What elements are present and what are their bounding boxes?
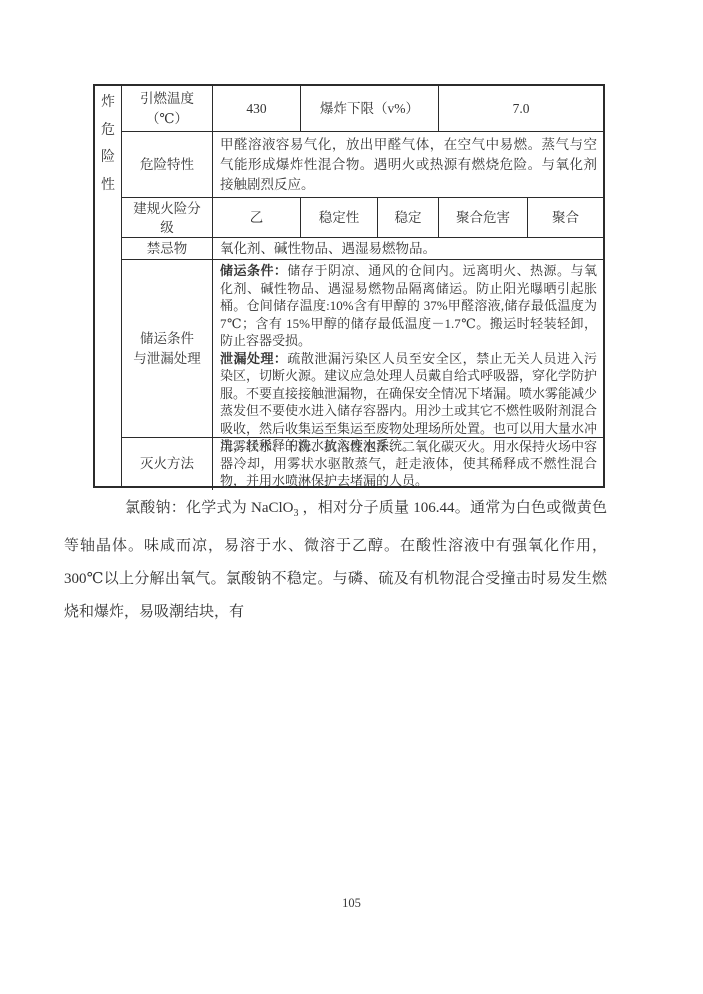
storage-conditions-heading: 储运条件： bbox=[220, 263, 287, 278]
paragraph-prefix: 氯酸钠：化学式为 NaClO bbox=[125, 500, 294, 516]
fire-fighting-label: 灭火方法 bbox=[122, 438, 213, 490]
stability-label: 稳定性 bbox=[301, 198, 378, 237]
table-row-ignition: 引燃温度 （℃） 430 爆炸下限（v%） 7.0 bbox=[122, 86, 603, 132]
building-fire-class-value: 乙 bbox=[213, 198, 301, 237]
hazard-characteristics-label: 危险特性 bbox=[122, 132, 213, 197]
storage-leak-text: 储运条件：储存于阴凉、通风的仓间内。远离明火、热源。与氧化剂、碱性物品、遇湿易燃… bbox=[213, 260, 603, 437]
document-page: 炸危险性 引燃温度 （℃） 430 爆炸下限（v%） 7.0 危险特性 甲醛溶液… bbox=[0, 0, 703, 994]
paragraph-suffix: ，相对分子质量 106.44。通常为白色或微黄色等轴晶体。味咸而凉，易溶于水、微… bbox=[64, 500, 607, 620]
storage-leak-label: 储运条件 与泄漏处理 bbox=[122, 260, 213, 437]
page-number: 105 bbox=[0, 896, 703, 911]
hazard-characteristics-text: 甲醛溶液容易气化，放出甲醛气体，在空气中易燃。蒸气与空气能形成爆炸性混合物。遇明… bbox=[213, 132, 603, 197]
stability-value: 稳定 bbox=[378, 198, 439, 237]
explosion-lower-limit-value: 7.0 bbox=[439, 86, 603, 131]
building-fire-class-label: 建规火险分级 bbox=[122, 198, 213, 237]
table-row-hazard-characteristics: 危险特性 甲醛溶液容易气化，放出甲醛气体，在空气中易燃。蒸气与空气能形成爆炸性混… bbox=[122, 132, 603, 198]
polymerization-hazard-value: 聚合 bbox=[528, 198, 603, 237]
fire-fighting-text: 用雾状水、干粉、抗溶性泡沫、二氧化碳灭火。用水保持火场中容器冷却，用雾状水驱散蒸… bbox=[213, 438, 603, 490]
polymerization-hazard-label: 聚合危害 bbox=[439, 198, 528, 237]
incompatibles-text: 氧化剂、碱性物品、遇湿易燃物品。 bbox=[213, 238, 603, 259]
leak-handling-heading: 泄漏处理： bbox=[220, 351, 287, 366]
table-row-fire-classification: 建规火险分级 乙 稳定性 稳定 聚合危害 聚合 bbox=[122, 198, 603, 238]
storage-conditions-paragraph: 储运条件：储存于阴凉、通风的仓间内。远离明火、热源。与氧化剂、碱性物品、遇湿易燃… bbox=[220, 262, 597, 350]
ignition-temperature-label: 引燃温度 （℃） bbox=[122, 86, 213, 131]
sodium-chlorate-paragraph: 氯酸钠：化学式为 NaClO3 ，相对分子质量 106.44。通常为白色或微黄色… bbox=[64, 492, 607, 629]
incompatibles-label: 禁忌物 bbox=[122, 238, 213, 259]
hazard-properties-table: 炸危险性 引燃温度 （℃） 430 爆炸下限（v%） 7.0 危险特性 甲醛溶液… bbox=[93, 84, 605, 488]
table-side-label-explosion-hazard: 炸危险性 bbox=[95, 86, 122, 486]
table-rows: 引燃温度 （℃） 430 爆炸下限（v%） 7.0 危险特性 甲醛溶液容易气化，… bbox=[122, 86, 603, 486]
explosion-lower-limit-label: 爆炸下限（v%） bbox=[301, 86, 439, 131]
table-row-incompatibles: 禁忌物 氧化剂、碱性物品、遇湿易燃物品。 bbox=[122, 238, 603, 260]
ignition-temperature-value: 430 bbox=[213, 86, 301, 131]
table-row-storage-leak: 储运条件 与泄漏处理 储运条件：储存于阴凉、通风的仓间内。远离明火、热源。与氧化… bbox=[122, 260, 603, 438]
table-row-fire-fighting: 灭火方法 用雾状水、干粉、抗溶性泡沫、二氧化碳灭火。用水保持火场中容器冷却，用雾… bbox=[122, 438, 603, 490]
